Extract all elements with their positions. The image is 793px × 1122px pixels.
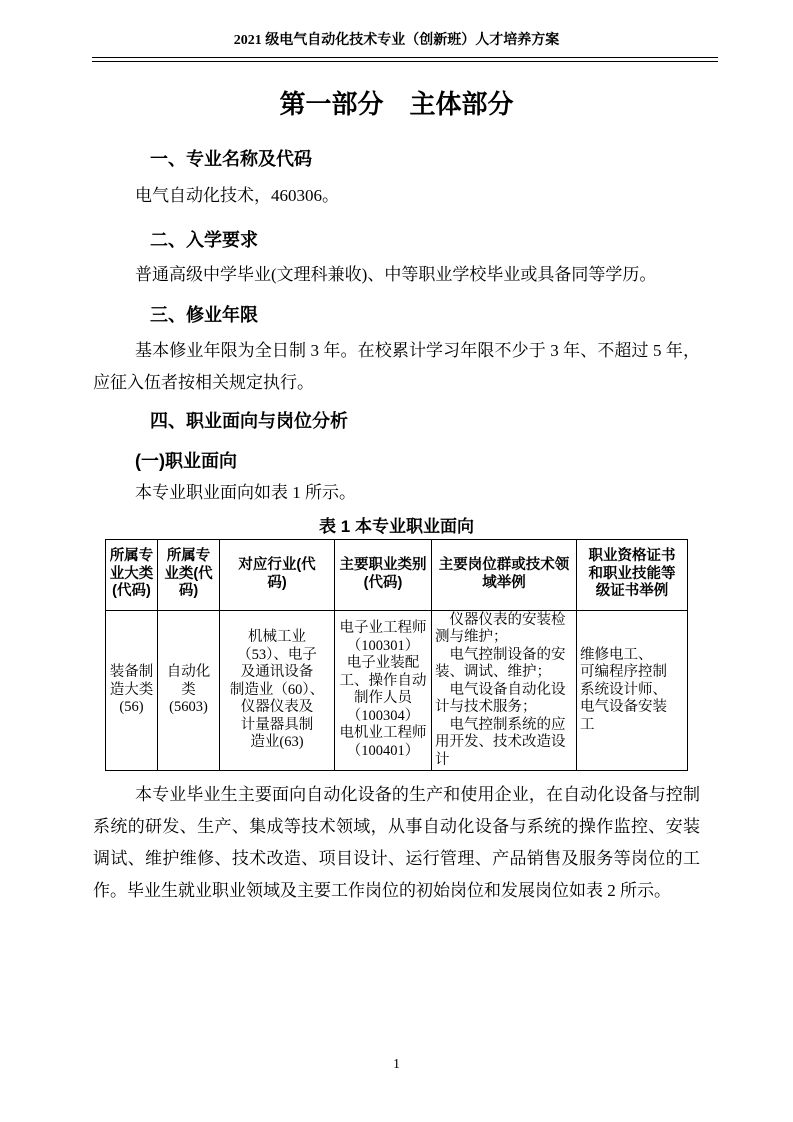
section-heading-2: 二、入学要求 [93,227,700,253]
cell-major-class: 自动化 类 (5603) [158,610,220,771]
col-header-post-groups: 主要岗位群或技术领 域举例 [432,539,577,610]
page-header-title: 2021 级电气自动化技术专业（创新班）人才培养方案 [93,31,700,50]
cell-certificates: 维修电工、 可编程序控制 系统设计师、 电气设备安装 工 [577,610,688,771]
document-title: 第一部分 主体部分 [93,86,700,122]
cell-industries: 机械工业 （53）、电子 及通讯设备 制造业（60）、 仪器仪表及 计量器具制 … [220,610,335,771]
cell-occupations: 电子业工程师 （100301） 电子业装配 工、操作自动 制作人员 （10030… [335,610,432,771]
document-page: 2021 级电气自动化技术专业（创新班）人才培养方案 第一部分 主体部分 一、专… [0,0,793,1122]
section-heading-3: 三、修业年限 [93,302,700,328]
table1-caption: 表 1 本专业职业面向 [93,516,700,538]
table-header-row: 所属专 业大类 (代码) 所属专 业类(代 码) 对应行业(代 码) 主要职业类… [106,539,688,610]
table-row: 装备制 造大类 (56) 自动化 类 (5603) 机械工业 （53）、电子 及… [106,610,688,771]
section-body-2: 普通高级中学毕业(文理科兼收)、中等职业学校毕业或具备同等学历。 [93,262,700,288]
col-header-major-class: 所属专 业类(代 码) [158,539,220,610]
section-heading-4: 四、职业面向与岗位分析 [93,408,700,434]
section-body-3: 基本修业年限为全日制 3 年。在校累计学习年限不少于 3 年、不超过 5 年，应… [93,335,700,399]
subsection-heading-4-1: (一)职业面向 [93,448,700,474]
section-heading-1: 一、专业名称及代码 [93,146,700,172]
col-header-industries: 对应行业(代 码) [220,539,335,610]
closing-paragraph: 本专业毕业生主要面向自动化设备的生产和使用企业，在自动化设备与控制系统的研发、生… [93,779,700,907]
col-header-certificates: 职业资格证书 和职业技能等 级证书举例 [577,539,688,610]
cell-post-groups: 仪器仪表的安装检测与维护； 电气控制设备的安装、调试、维护； 电气设备自动化设计… [432,610,577,771]
cell-major-category: 装备制 造大类 (56) [106,610,158,771]
header-divider-rule [92,57,718,62]
section-body-4: 本专业职业面向如表 1 所示。 [93,480,700,506]
page-number: 1 [0,1056,793,1074]
career-orientation-table: 所属专 业大类 (代码) 所属专 业类(代 码) 对应行业(代 码) 主要职业类… [105,539,688,772]
col-header-major-category: 所属专 业大类 (代码) [106,539,158,610]
section-body-1: 电气自动化技术，460306。 [93,183,700,209]
col-header-occupations: 主要职业类别 (代码) [335,539,432,610]
